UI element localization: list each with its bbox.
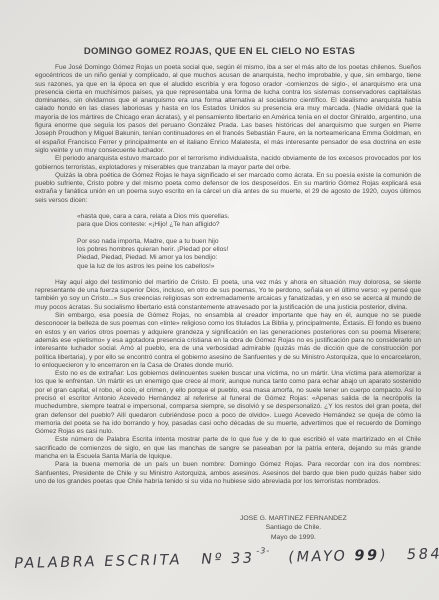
handwritten-date: (MAYO 99) bbox=[287, 547, 389, 565]
scanned-page: DOMINGO GOMEZ ROJAS, QUE EN EL CIELO NO … bbox=[0, 0, 439, 600]
verse-line: «hasta que, cara a cara, relata a Dios m… bbox=[77, 213, 421, 221]
handwritten-month: (MAYO bbox=[287, 548, 348, 565]
poem-stanza-2: Por eso nada importa, Madre, que a tu bu… bbox=[77, 238, 421, 271]
signature-block: JOSE G. MARTINEZ FERNANDEZ Santiago de C… bbox=[240, 514, 347, 542]
verse-line: Piedad, Piedad, Piedad. Mi amor ya los b… bbox=[77, 254, 421, 262]
handwritten-year: 99 bbox=[353, 548, 380, 565]
verse-line: que la luz de los astros les peine los c… bbox=[77, 263, 421, 271]
verse-line: los pobres hombres quieran herir. ¡Pieda… bbox=[77, 246, 421, 254]
paragraph-religious-poetry: Sin embargo, esa poesía de Gómez Rojas, … bbox=[35, 312, 421, 370]
paragraph-palabra-escrita-issue: Este número de Palabra Escrita intenta m… bbox=[35, 436, 421, 461]
poem-quote: «hasta que, cara a cara, relata a Dios m… bbox=[77, 213, 421, 271]
verse-line: Por eso nada importa, Madre, que a tu bu… bbox=[77, 238, 421, 246]
handwritten-catalog-code: 584228 bbox=[406, 545, 439, 563]
signature-date: Mayo de 1999. bbox=[240, 533, 347, 542]
handwritten-issue-number: Nº 33-3- bbox=[200, 550, 270, 568]
poem-stanza-1: «hasta que, cara a cara, relata a Dios m… bbox=[77, 213, 421, 230]
document-body: Fue José Domingo Gómez Rojas un poeta so… bbox=[35, 64, 421, 486]
paragraph-anarchist-period: El periodo anarquista estuvo marcado por… bbox=[35, 155, 421, 172]
author-name: JOSE G. MARTINEZ FERNANDEZ bbox=[240, 514, 347, 523]
handwritten-publication: PALABRA ESCRITA bbox=[13, 552, 183, 572]
paragraph-closing-names: Para la buena memoria de un país un buen… bbox=[35, 461, 421, 486]
document-title: DOMINGO GOMEZ ROJAS, QUE EN EL CIELO NO … bbox=[0, 0, 439, 57]
paragraph-poetry-acrata: Quizás la obra poética de Gómez Rojas le… bbox=[35, 172, 421, 205]
verse-line: para que Dios conteste: «¡Hijo! ¿Te han … bbox=[77, 221, 421, 229]
paragraph-governments-victim: Esto no es de extrañar: Los gobiernos de… bbox=[35, 370, 421, 436]
handwritten-annotation: PALABRA ESCRITA Nº 33-3- (MAYO 99) 58422… bbox=[13, 546, 433, 572]
handwritten-paren: ) bbox=[378, 547, 388, 563]
signature-city: Santiago de Chile. bbox=[240, 523, 347, 532]
issue-number-text: Nº 33 bbox=[200, 551, 255, 568]
paragraph-martyrdom-testimony: Hay aquí algo del testimonio del martiri… bbox=[35, 279, 421, 312]
paragraph-intro: Fue José Domingo Gómez Rojas un poeta so… bbox=[35, 64, 421, 155]
handwritten-page-number: -3- bbox=[256, 546, 271, 555]
